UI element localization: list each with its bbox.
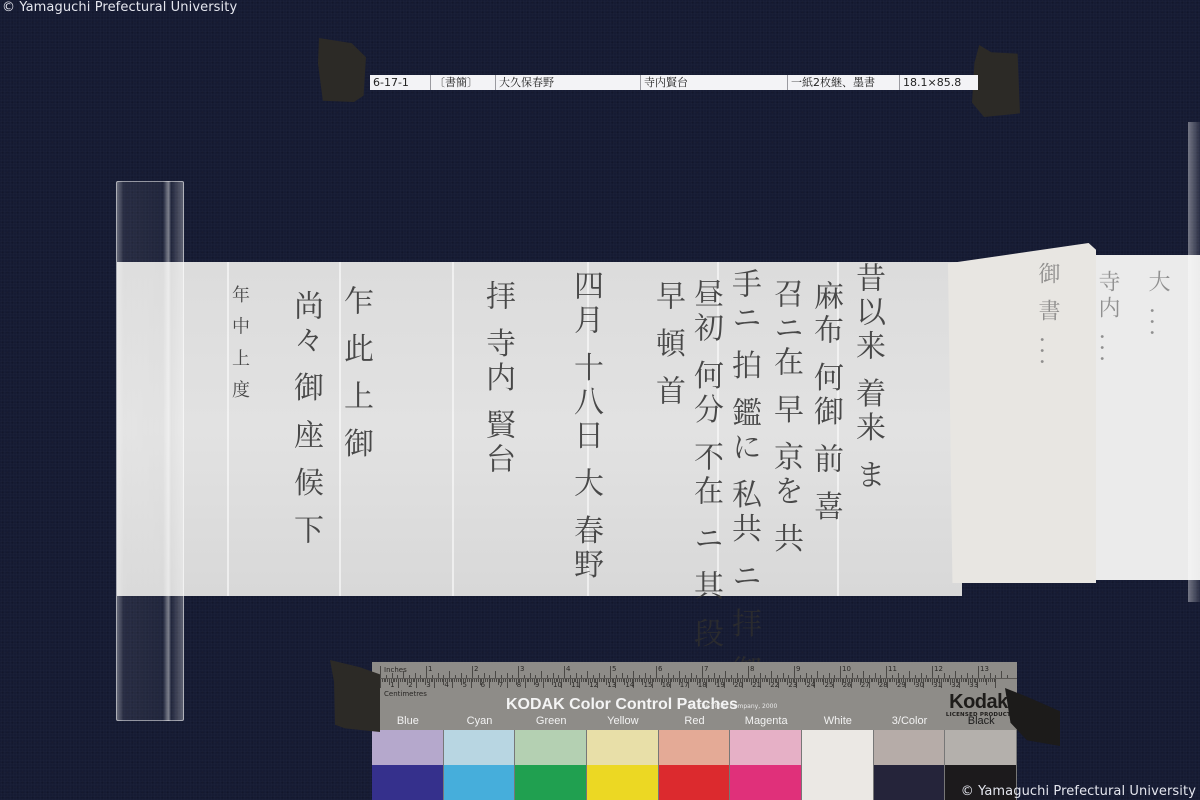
ruler-cm-number: 13 [607, 681, 616, 689]
patch-magenta [730, 730, 802, 800]
ruler-cm-number: 14 [625, 681, 634, 689]
patch-white [802, 730, 874, 800]
catalog-material: 一紙2枚継、墨書 [788, 75, 900, 90]
patch-label: White [802, 715, 874, 727]
ruler-cm-number: 19 [716, 681, 725, 689]
light-patch [659, 730, 730, 765]
light-patch [802, 730, 873, 765]
ruler-cm-number: 15 [644, 681, 653, 689]
ruler-cm-number: 7 [499, 681, 503, 689]
ruler-cm-number: 33 [969, 681, 978, 689]
catalog-size: 18.1×85.8 [900, 75, 978, 90]
calligraphy-column: 昔以来 着来 ま [850, 262, 884, 493]
calligraphy-column: 昼初 何分 不在 ニ 其 段 [688, 278, 722, 652]
ruler-cm-number: 6 [481, 681, 485, 689]
ruler-cm-number: 31 [933, 681, 942, 689]
calligraphy-column: 拝 寺内 賢台 [480, 280, 514, 477]
calligraphy-column: 乍 此 上 御 [338, 285, 372, 462]
dark-patch [587, 765, 658, 800]
ruler-inch-number: 6 [658, 665, 662, 673]
dark-patch [802, 765, 873, 800]
ruler-cm-number: 30 [915, 681, 924, 689]
ruler-cm-number: 17 [680, 681, 689, 689]
ruler-inch-number: 2 [474, 665, 478, 673]
light-patch [874, 730, 945, 765]
ruler-cm-number: 27 [861, 681, 870, 689]
catalog-label: 6-17-1 〔書簡〕 大久保春野 寺内賢台 一紙2枚継、墨書 18.1×85.… [370, 75, 978, 90]
ruler-cm-number: 12 [589, 681, 598, 689]
patch-label: Magenta [730, 715, 802, 727]
ruler-cm-number: 26 [843, 681, 852, 689]
light-patch [372, 730, 443, 765]
ruler-cm-number: 21 [752, 681, 761, 689]
ruler-inch-number: 1 [428, 665, 432, 673]
ruler-cm-number: 5 [463, 681, 467, 689]
ruler-inch-number: 12 [934, 665, 943, 673]
faint-calligraphy-column: 寺内 ... [1090, 270, 1124, 366]
patch-green [515, 730, 587, 800]
calligraphy-column: 尚々 御 座 候 下 [288, 290, 322, 548]
ruler-inch-number: 11 [888, 665, 897, 673]
ruler-cm-number: 28 [879, 681, 888, 689]
calligraphy-column: 召ニ在 早 京を 共 [768, 278, 802, 557]
acrylic-weight-bar [116, 181, 184, 721]
patch-labels: BlueCyanGreenYellowRedMagentaWhite3/Colo… [372, 715, 1017, 727]
ruler-inch-number: 10 [842, 665, 851, 673]
copyright-watermark-bottom: © Yamaguchi Prefectural University [961, 784, 1196, 799]
faint-calligraphy-column: 御 書 ... [1030, 262, 1064, 369]
patch-cyan [444, 730, 516, 800]
dark-patch [444, 765, 515, 800]
ruler-cm-number: 10 [553, 681, 562, 689]
light-patch [444, 730, 515, 765]
dark-patch [659, 765, 730, 800]
patch-yellow [587, 730, 659, 800]
patch-label: Black [945, 715, 1017, 727]
ruler-inch-number: 4 [566, 665, 570, 673]
patch-label: Green [515, 715, 587, 727]
patch-label: Yellow [587, 715, 659, 727]
light-patch [730, 730, 801, 765]
ruler-cm-number: 1 [390, 681, 394, 689]
patch-3-color [874, 730, 946, 800]
letter-paper-overlap [948, 243, 1096, 583]
ruler-cm-number: 24 [806, 681, 815, 689]
calligraphy-column: 四月 十八日 大 春野 [568, 270, 602, 583]
calligraphy-column: 手ニ 拍 鑑に 私共 ニ 拝 御 [726, 268, 760, 689]
catalog-id: 6-17-1 [370, 75, 431, 90]
ruler-cm-number: 23 [788, 681, 797, 689]
ruler-inch-number: 5 [612, 665, 616, 673]
ruler-cm-number: 3 [426, 681, 430, 689]
copyright-watermark-top: © Yamaguchi Prefectural University [2, 0, 237, 15]
ruler-inch-number: 9 [796, 665, 800, 673]
light-patch [945, 730, 1016, 765]
dark-patch [730, 765, 801, 800]
kodak-color-control-chart: Inches Centimetres 123456789101112131415… [372, 662, 1017, 800]
light-patch [587, 730, 658, 765]
mounting-tape [318, 38, 366, 102]
catalog-type: 〔書簡〕 [431, 75, 496, 90]
catalog-recipient: 寺内賢台 [641, 75, 788, 90]
ruler: Inches Centimetres 123456789101112131415… [372, 662, 1017, 698]
ruler-cm-number: 29 [897, 681, 906, 689]
ruler-cm-number: 32 [951, 681, 960, 689]
patch-red [659, 730, 731, 800]
chart-copyright: © The Tiffen Company, 2000 [690, 703, 777, 710]
ruler-cm-number: 9 [535, 681, 539, 689]
faint-calligraphy-column: 大 ... [1140, 270, 1174, 340]
ruler-cm-number: 11 [571, 681, 580, 689]
kodak-brand: Kodak [946, 692, 1011, 712]
dark-patch [874, 765, 945, 800]
ruler-cm-number: 4 [444, 681, 448, 689]
ruler-inch-number: 8 [750, 665, 754, 673]
ruler-cm-number: 25 [825, 681, 834, 689]
patch-label: Red [659, 715, 731, 727]
calligraphy-column: 早 頓 首 [650, 280, 684, 409]
ruler-inch-number: 7 [704, 665, 708, 673]
ruler-centimetres-label: Centimetres [384, 690, 427, 698]
catalog-sender: 大久保春野 [496, 75, 641, 90]
patch-blue [372, 730, 444, 800]
ruler-cm-number: 16 [662, 681, 671, 689]
ruler-cm-number: 8 [517, 681, 521, 689]
ruler-inch-number: 13 [980, 665, 989, 673]
light-patch [515, 730, 586, 765]
calligraphy-column: 年 中 上 度 [222, 285, 256, 402]
ruler-cm-number: 18 [698, 681, 707, 689]
calligraphy-column: 麻布 何御 前 喜 [808, 280, 842, 525]
patch-label: Cyan [444, 715, 516, 727]
ruler-cm-number: 22 [770, 681, 779, 689]
ruler-cm-number: 20 [734, 681, 743, 689]
ruler-cm-number: 2 [408, 681, 412, 689]
ruler-inch-number: 3 [520, 665, 524, 673]
patch-label: 3/Color [874, 715, 946, 727]
dark-patch [372, 765, 443, 800]
acrylic-weight-bar [1188, 122, 1200, 602]
mounting-tape [972, 45, 1020, 117]
dark-patch [515, 765, 586, 800]
patch-label: Blue [372, 715, 444, 727]
color-patches [372, 730, 1017, 800]
